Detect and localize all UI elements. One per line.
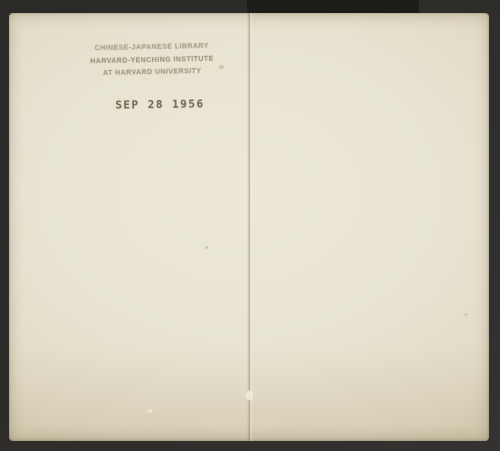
page-fold [247,13,252,441]
fold-notch [246,391,253,400]
book-spread: CHINESE-JAPANESE LIBRARY HARVARD-YENCHIN… [9,13,489,441]
paper-speck [219,65,224,69]
paper-speck [147,409,153,413]
paper-speck [464,313,468,316]
date-stamp: SEP 28 1956 [105,97,215,112]
library-stamp-line-3: AT HARVARD UNIVERSITY [77,65,227,81]
right-page [249,13,489,441]
scanned-book-image: CHINESE-JAPANESE LIBRARY HARVARD-YENCHIN… [0,0,500,451]
library-stamp: CHINESE-JAPANESE LIBRARY HARVARD-YENCHIN… [77,40,228,81]
paper-speck [205,246,208,249]
left-page: CHINESE-JAPANESE LIBRARY HARVARD-YENCHIN… [9,13,249,441]
